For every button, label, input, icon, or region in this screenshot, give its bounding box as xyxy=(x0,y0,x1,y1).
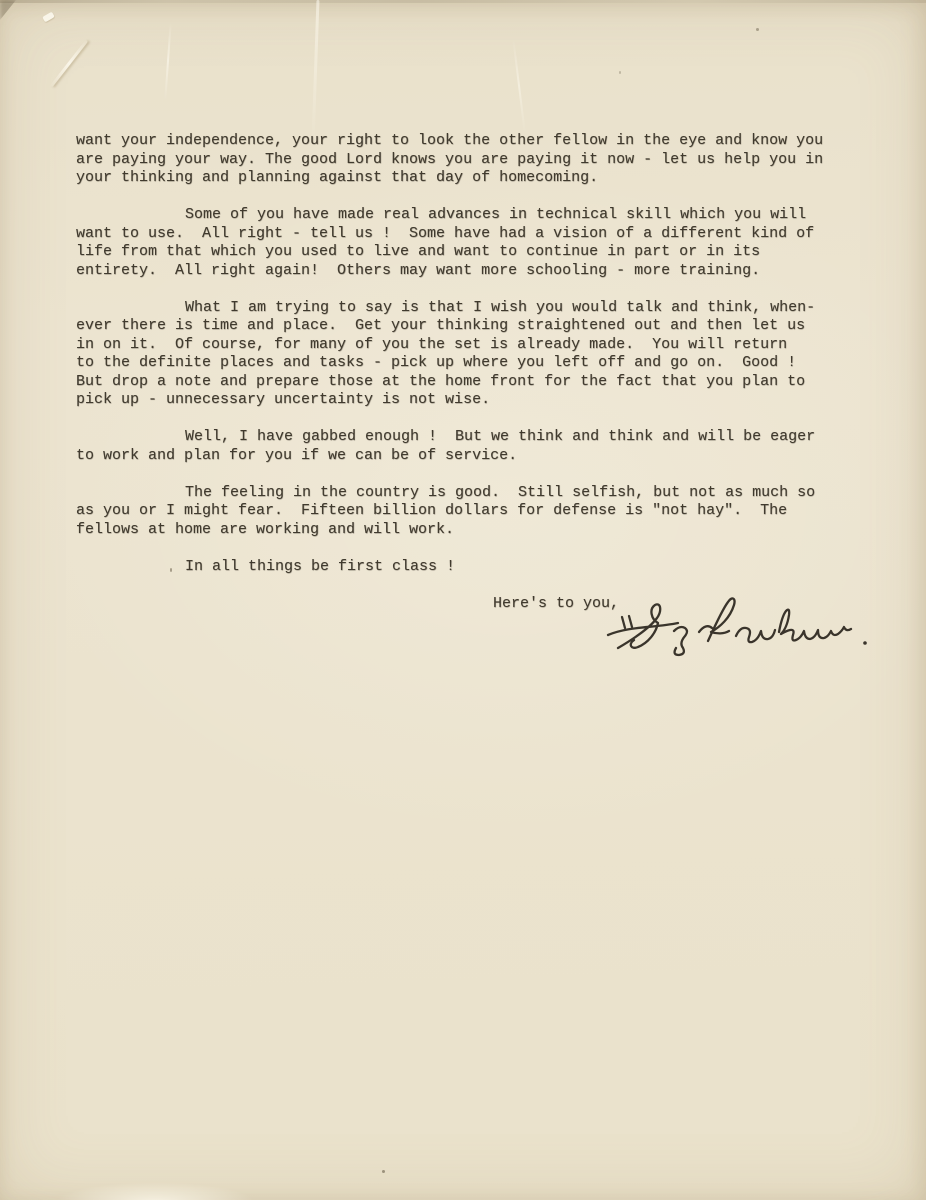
letter-line: ever there is time and place. Get your t… xyxy=(76,317,876,336)
letter-line: But drop a note and prepare those at the… xyxy=(76,373,876,392)
paper-speck xyxy=(619,71,621,74)
paper-crease xyxy=(512,38,526,133)
letter-line: The feeling in the country is good. Stil… xyxy=(76,484,876,503)
letter-line: What I am trying to say is that I wish y… xyxy=(76,299,876,318)
paragraph: want your independence, your right to lo… xyxy=(76,132,876,188)
signature-handwriting xyxy=(558,588,888,668)
signature: Doc Paulsen. xyxy=(558,588,888,668)
letter-line: your thinking and planning against that … xyxy=(76,169,876,188)
letter-line: Well, I have gabbed enough ! But we thin… xyxy=(76,428,876,447)
paragraph: In all things be first class ! xyxy=(76,558,876,577)
letter-body: want your independence, your right to lo… xyxy=(76,132,876,613)
letter-line: want your independence, your right to lo… xyxy=(76,132,876,151)
paper-light-patch xyxy=(55,1182,255,1200)
scan-corner-shadow xyxy=(0,0,16,20)
letter-line: are paying your way. The good Lord knows… xyxy=(76,151,876,170)
paragraph: Some of you have made real advances in t… xyxy=(76,206,876,280)
paragraph: Well, I have gabbed enough ! But we thin… xyxy=(76,428,876,465)
paper-nick xyxy=(42,12,55,23)
letter-line: Some of you have made real advances in t… xyxy=(76,206,876,225)
letter-line: in on it. Of course, for many of you the… xyxy=(76,336,876,355)
letter-line: pick up - unnecessary uncertainty is not… xyxy=(76,391,876,410)
letter-line: to work and plan for you if we can be of… xyxy=(76,447,876,466)
paper-crease xyxy=(50,40,88,88)
paper-crease xyxy=(312,0,320,142)
paper-crease xyxy=(164,22,171,100)
letter-line: In all things be first class ! xyxy=(76,558,876,577)
letter-line: as you or I might fear. Fifteen billion … xyxy=(76,502,876,521)
letter-line: to the definite places and tasks - pick … xyxy=(76,354,876,373)
letter-page: want your independence, your right to lo… xyxy=(0,0,926,1200)
letter-line: life from that which you used to live an… xyxy=(76,243,876,262)
letter-line: fellows at home are working and will wor… xyxy=(76,521,876,540)
paragraph: What I am trying to say is that I wish y… xyxy=(76,299,876,410)
letter-line: want to use. All right - tell us ! Some … xyxy=(76,225,876,244)
paper-speck xyxy=(382,1170,385,1173)
letter-line: entirety. All right again! Others may wa… xyxy=(76,262,876,281)
paragraph: The feeling in the country is good. Stil… xyxy=(76,484,876,540)
letter-paragraphs: want your independence, your right to lo… xyxy=(76,132,876,576)
paper-speck xyxy=(756,28,759,31)
